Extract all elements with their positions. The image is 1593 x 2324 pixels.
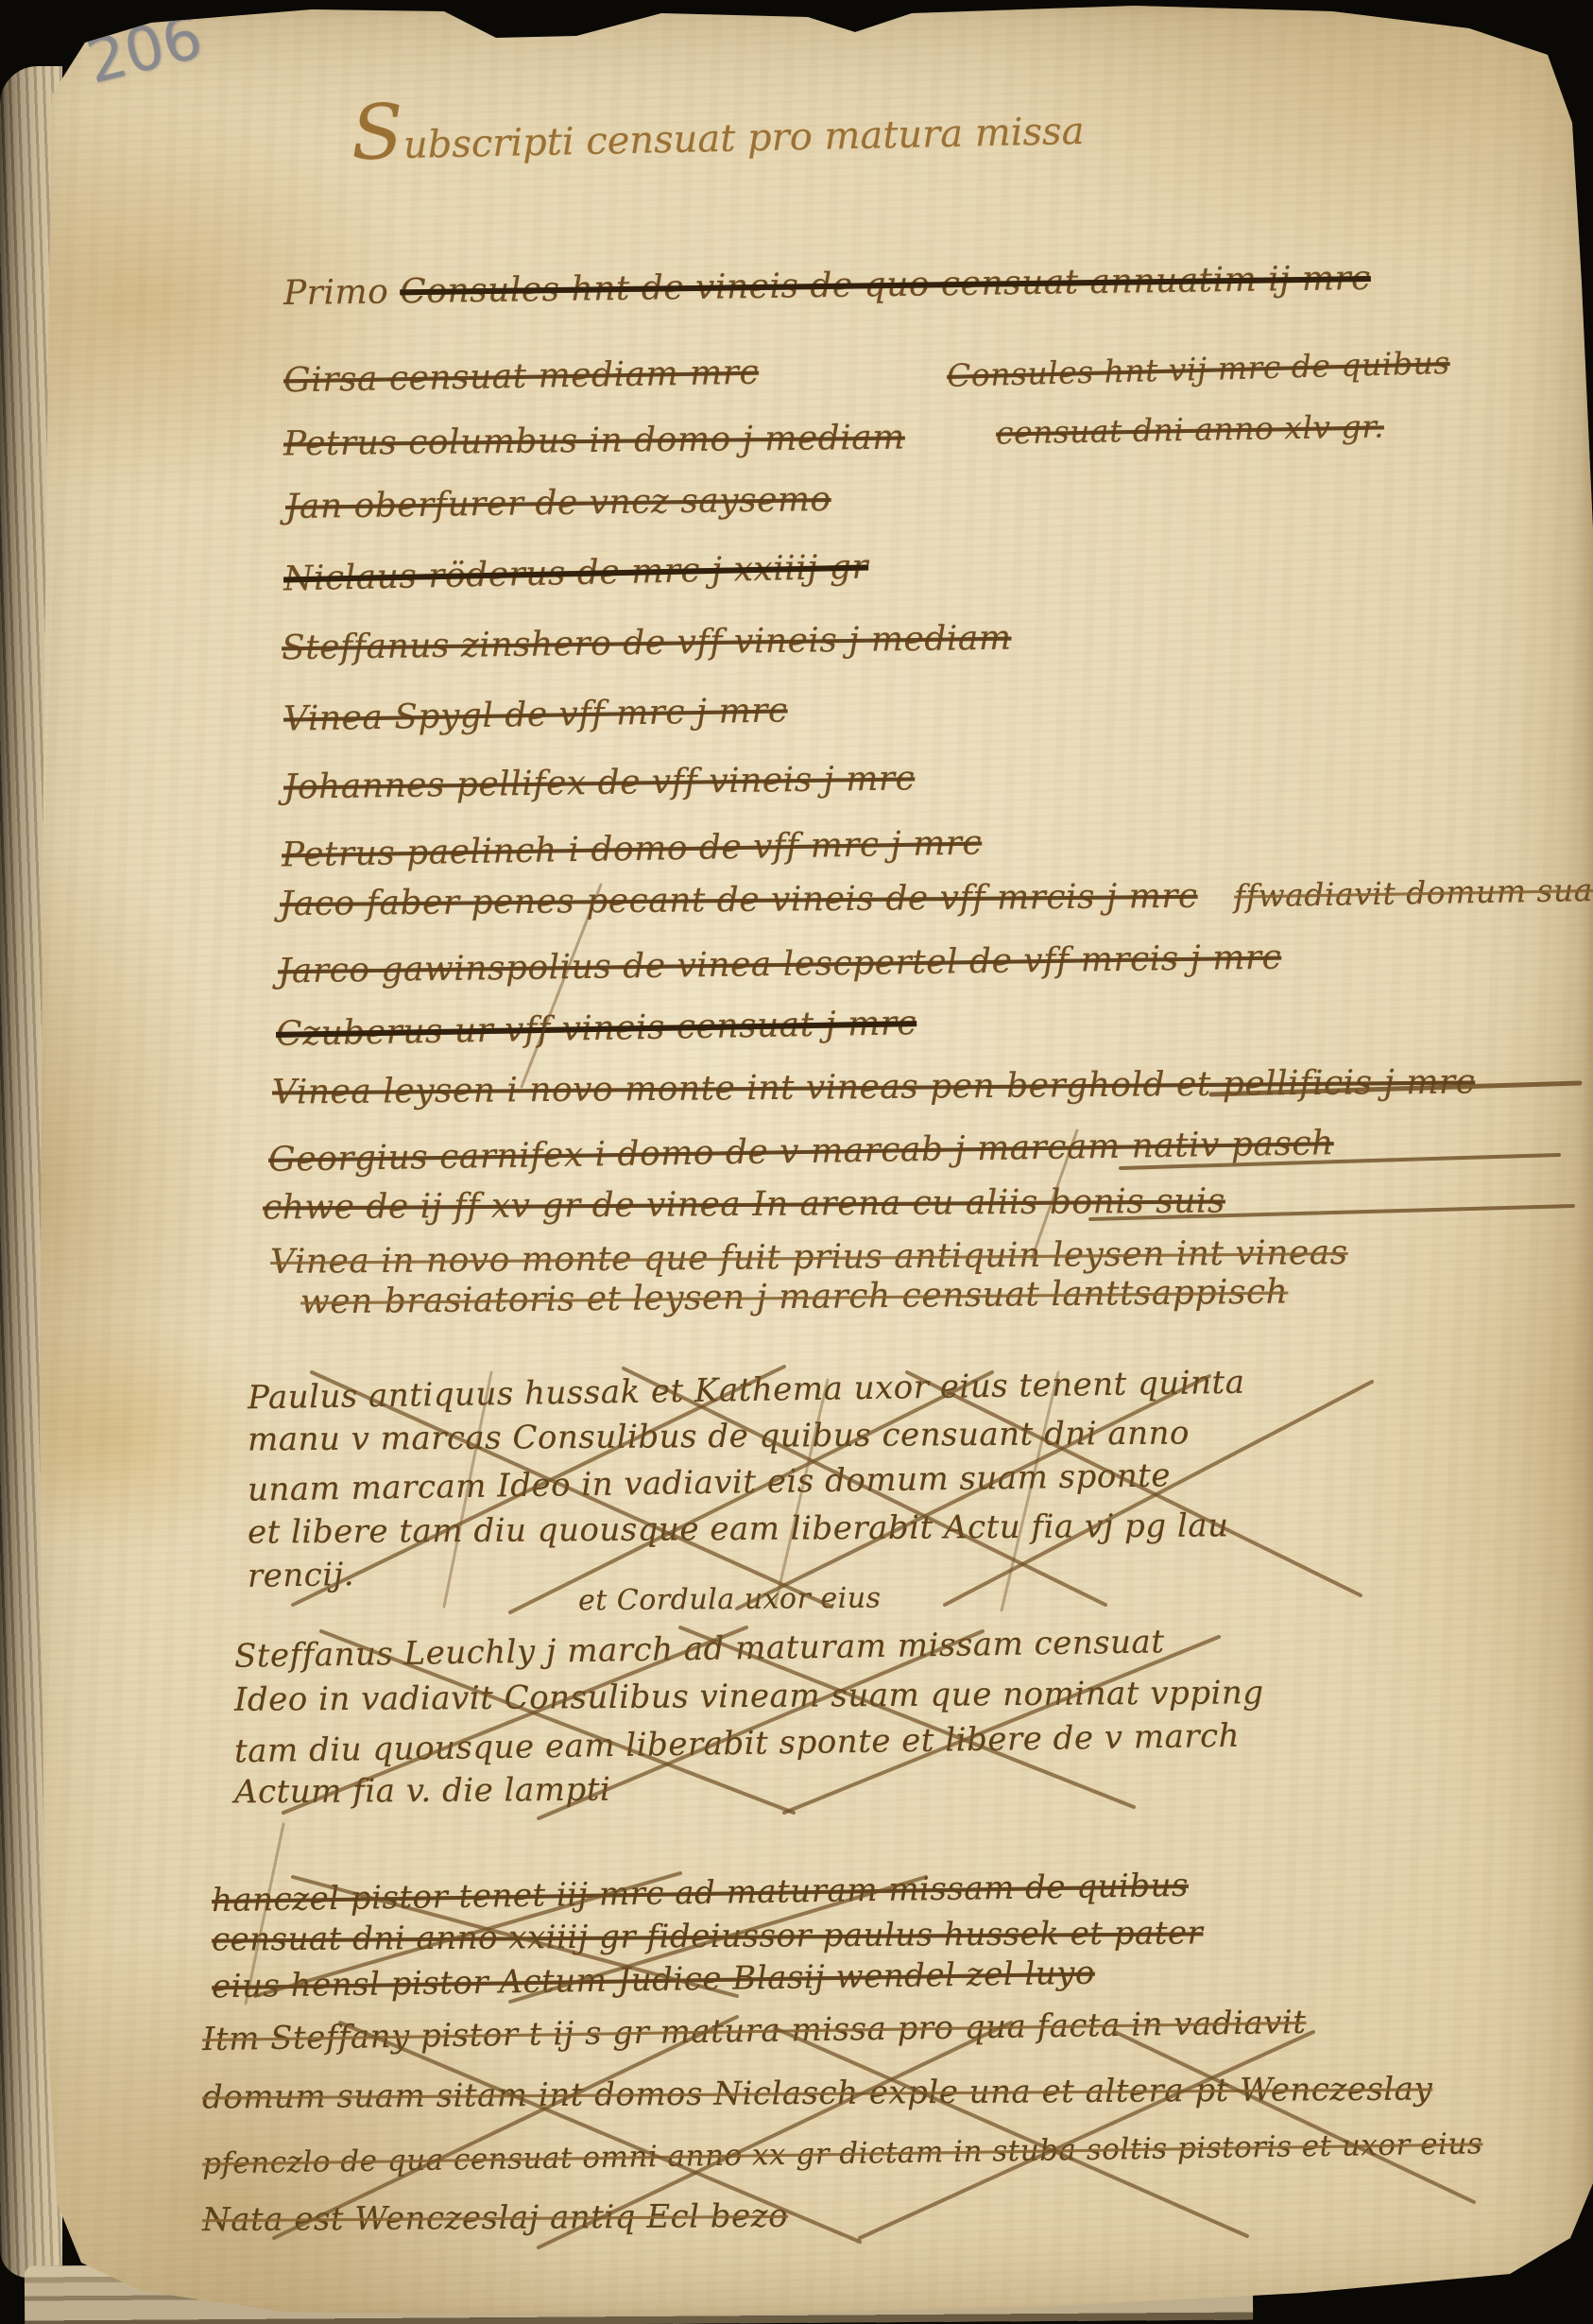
entry-text: Czuberus ur vff vineis censuat j mrc <box>276 1004 917 1054</box>
paragraph-line: domum suam sitam int domos Niclasch expl… <box>202 2071 1432 2116</box>
entry-line: Jan oberfurer de vncz saysemo <box>285 480 831 526</box>
paragraph-line: Actum fia v. die lampti <box>234 1772 611 1812</box>
entry-text: Vinea Spygl de vff mrc j mrc <box>283 691 788 738</box>
entry-text: Georgius carnifex i domo de v marcab j m… <box>268 1124 1334 1179</box>
paragraph-line: Paulus antiquus hussak et Kathema uxor e… <box>248 1365 1245 1418</box>
entry-line: Czuberus ur vff vineis censuat j mrc <box>276 1004 917 1054</box>
text-lines: Primo Consules hnt de vineis de quo cens… <box>0 0 1593 2324</box>
entry-line: Georgius carnifex i domo de v marcab j m… <box>268 1124 1334 1179</box>
interline-note: et Cordula uxor eius <box>578 1583 882 1618</box>
paragraph-line: tam diu quousque eam liberabit sponte et… <box>234 1718 1241 1771</box>
paragraph-line: manu v marcas Consulibus de quibus censu… <box>248 1416 1190 1459</box>
paragraph-line: et libere tam diu quousque eam liberabit… <box>248 1507 1229 1551</box>
entry-line: Girsa censuat mediam mrc <box>283 353 760 401</box>
manuscript-page: 206 Subscripti censuat pro matura missa … <box>0 0 1593 2324</box>
entry-text: Girsa censuat mediam mrc <box>283 353 760 401</box>
paragraph-line: pfenczlo de qua censuat omni anno xx gr … <box>202 2127 1483 2181</box>
margin-note-line: censuat dni anno xlv gr. <box>996 408 1385 451</box>
entry-line: Primo Consules hnt de vineis de quo cens… <box>283 259 1371 313</box>
paragraph-line: Ideo in vadiavit Consulibus vineam suam … <box>234 1675 1264 1719</box>
paragraph-line: Nata est Wenczeslaj antiq Ecl bezo <box>202 2198 788 2239</box>
entry-line: Vinea Spygl de vff mrc j mrc <box>283 691 788 739</box>
paragraph-line: rencij. <box>248 1557 355 1595</box>
entry-line: Niclaus röderus de mrc j xxiiij gr <box>283 548 869 599</box>
entry-text: Vinea leysen i novo monte int vineas pen… <box>272 1062 1476 1111</box>
paragraph-line: eius hensl pistor Actum Judice Blasij we… <box>212 1955 1095 2006</box>
entry-line: Johannes pellifex de vff vineis j mrc <box>283 759 916 807</box>
entry-text: Jarco gawinspolius de vinea lescpertel d… <box>278 938 1282 991</box>
entry-line: Vinea leysen i novo monte int vineas pen… <box>272 1062 1476 1112</box>
paragraph-line: censuat dni anno xxiiij gr fideiussor pa… <box>212 1915 1204 1958</box>
entry-text: Jan oberfurer de vncz saysemo <box>285 480 831 526</box>
entry-text: Petrus paelinch i domo de vff mrc j mrc <box>282 824 983 875</box>
entry-line: Jarco gawinspolius de vinea lescpertel d… <box>278 938 1282 991</box>
entry-text: Niclaus röderus de mrc j xxiiij gr <box>283 548 869 599</box>
entry-line: Petrus paelinch i domo de vff mrc j mrc <box>282 824 983 875</box>
entry-text: chwe de ij ff xv gr de vinea In arena cu… <box>263 1181 1225 1227</box>
entry-text: Johannes pellifex de vff vineis j mrc <box>283 759 916 806</box>
margin-note: ffwadiavit domum suam <box>1234 871 1593 914</box>
entry-text: Petrus columbus in domo j mediam <box>283 419 905 464</box>
entry-text: Jaco faber penes pecant de vineis de vff… <box>280 877 1198 923</box>
manuscript-photo: 206 Subscripti censuat pro matura missa … <box>0 0 1593 2324</box>
paragraph-line: Steffanus Leuchly j march ad maturam mis… <box>234 1624 1165 1676</box>
paragraph-line: hanczel pistor tenet iij mrc ad maturam … <box>212 1868 1189 1919</box>
entry-text: Consules hnt de vineis de quo censuat an… <box>400 259 1371 311</box>
entry-text: Steffanus zinshero de vff vineis j media… <box>282 619 1012 668</box>
entry-lead: Primo <box>283 272 401 313</box>
entry-line: chwe de ij ff xv gr de vinea In arena cu… <box>263 1181 1225 1228</box>
entry-line: Petrus columbus in domo j mediam <box>283 419 905 464</box>
paragraph-line: unam marcam Ideo in vadiavit eis domum s… <box>248 1457 1172 1508</box>
entry-line: Steffanus zinshero de vff vineis j media… <box>282 619 1012 668</box>
entry-line: Jaco faber penes pecant de vineis de vff… <box>280 877 1198 924</box>
margin-note-line: Consules hnt vij mrc de quibus <box>947 345 1450 394</box>
paragraph-line: Itm Steffany pistor t ij s gr matura mis… <box>202 2005 1307 2058</box>
